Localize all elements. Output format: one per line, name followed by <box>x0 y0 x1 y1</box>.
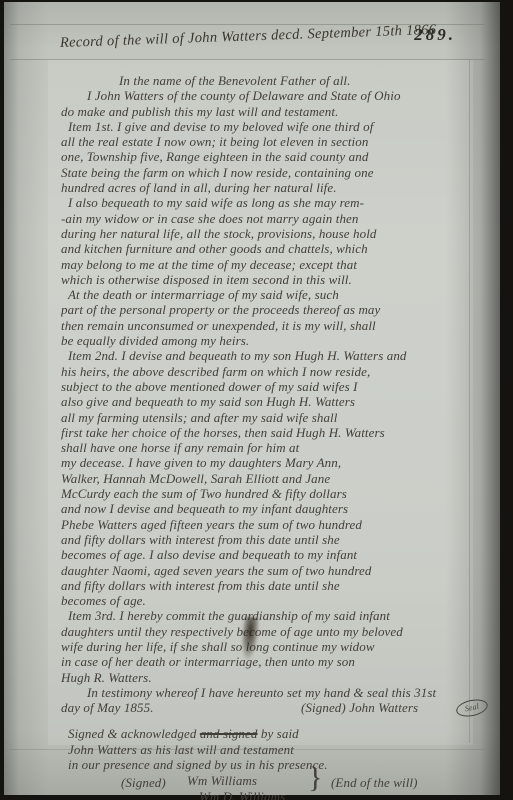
will-line: one, Township five, Range eighteen in th… <box>61 149 476 164</box>
will-line: wife during her life, if she shall so lo… <box>61 639 476 654</box>
will-line: all my farming utensils; and after my sa… <box>61 410 476 425</box>
will-line: becomes of age. I also devise and bequea… <box>61 547 476 562</box>
struck-text: and signed <box>200 726 258 741</box>
will-text: In the name of the Benevolent Father of … <box>61 73 476 800</box>
will-line: and fifty dollars with interest from thi… <box>61 532 476 547</box>
ledger-page: 289. Record of the will of John Watters … <box>4 2 500 795</box>
witness-names: Wm Williams Wm D. Williams <box>187 773 285 800</box>
will-line: and now I devise and bequeath to my infa… <box>61 501 476 516</box>
will-line: Item 2nd. I devise and bequeath to my so… <box>61 348 476 363</box>
seal-stamp: Seal <box>455 697 490 719</box>
will-line: then remain unconsumed or unexpended, it… <box>61 318 476 333</box>
will-line: first take her choice of the horses, the… <box>61 425 476 440</box>
will-lines: In the name of the Benevolent Father of … <box>61 73 476 700</box>
will-line: do make and publish this my last will an… <box>61 104 476 119</box>
will-line: and fifty dollars with interest from thi… <box>61 578 476 593</box>
will-line: his heirs, the above described farm on w… <box>61 364 476 379</box>
testator-name: John Watters <box>349 700 418 715</box>
attestation-line: Signed & acknowledged and signed by said <box>61 726 476 741</box>
witness-signature: Wm D. Williams <box>187 789 285 800</box>
end-of-will-note: (End of the will) <box>331 775 418 790</box>
will-line: also give and bequeath to my said son Hu… <box>61 394 476 409</box>
signed-label: (Signed) <box>301 700 346 715</box>
testator-signature-row: day of May 1855. (Signed) John Watters S… <box>61 700 476 715</box>
signed-label: (Signed) <box>121 775 166 790</box>
will-line: part of the personal property or the pro… <box>61 302 476 317</box>
will-line: Walker, Hannah McDowell, Sarah Elliott a… <box>61 471 476 486</box>
will-line: subject to the above mentioned dower of … <box>61 379 476 394</box>
will-line: -ain my widow or in case she does not ma… <box>61 211 476 226</box>
will-line: all the real estate I now own; it being … <box>61 134 476 149</box>
will-line: in case of her death or intermarriage, t… <box>61 654 476 669</box>
will-line: during her natural life, all the stock, … <box>61 226 476 241</box>
will-line: In the name of the Benevolent Father of … <box>61 73 476 88</box>
will-line: At the death or intermarriage of my said… <box>61 287 476 302</box>
will-line: may belong to me at the time of my decea… <box>61 257 476 272</box>
ledger-photo: 289. Record of the will of John Watters … <box>0 0 513 800</box>
attestation-clause: Signed & acknowledged and signed by said… <box>61 726 476 800</box>
will-line: I John Watters of the county of Delaware… <box>61 88 476 103</box>
will-line: Item 3rd. I hereby commit the guardiansh… <box>61 608 476 623</box>
will-line: Hugh R. Watters. <box>61 670 476 685</box>
attestation-text: by said <box>258 726 299 741</box>
will-line: hundred acres of land in all, during her… <box>61 180 476 195</box>
witness-signature: Wm Williams <box>187 773 285 789</box>
will-line: and kitchen furniture and other goods an… <box>61 241 476 256</box>
will-line: my decease. I have given to my daughters… <box>61 455 476 470</box>
attestation-line: in our presence and signed by us in his … <box>61 757 476 772</box>
brace-glyph: } <box>308 770 323 785</box>
will-line: In testimony whereof I have hereunto set… <box>61 685 476 700</box>
attestation-line: John Watters as his last will and testam… <box>61 742 476 757</box>
will-line: McCurdy each the sum of Two hundred & fi… <box>61 486 476 501</box>
will-line: Phebe Watters aged fifteen years the sum… <box>61 517 476 532</box>
will-line: State being the farm on which I now resi… <box>61 165 476 180</box>
will-line: I also bequeath to my said wife as long … <box>61 195 476 210</box>
will-line: becomes of age. <box>61 593 476 608</box>
will-line: Item 1st. I give and devise to my belove… <box>61 119 476 134</box>
will-line: shall have one horse if any remain for h… <box>61 440 476 455</box>
attestation-text: Signed & acknowledged <box>68 726 200 741</box>
will-line: which is otherwise disposed in item seco… <box>61 272 476 287</box>
witness-signatures: (Signed) Wm Williams Wm D. Williams } (E… <box>61 773 476 800</box>
will-line: daughter Naomi, aged seven years the sum… <box>61 563 476 578</box>
will-line: daughters until they respectively become… <box>61 624 476 639</box>
testator-signature: (Signed) John Watters <box>301 700 418 715</box>
date-text: day of May 1855. <box>61 700 154 715</box>
will-line: be equally divided among my heirs. <box>61 333 476 348</box>
ruled-line <box>10 59 484 60</box>
